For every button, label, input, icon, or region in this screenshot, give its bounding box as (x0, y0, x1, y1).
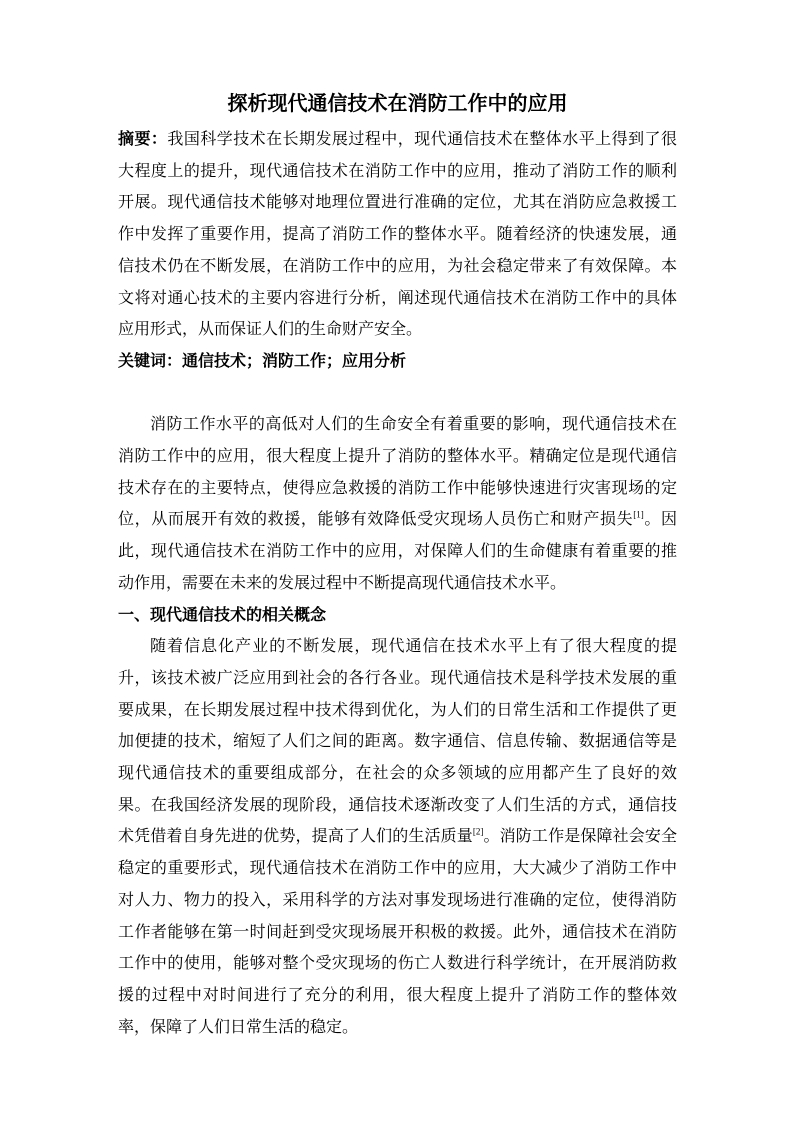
section-1-text-1: 随着信息化产业的不断发展，现代通信在技术水平上有了很大程度的提升，该技术被广泛应… (118, 638, 677, 845)
section-1-text-2: 。消防工作是保障社会安全稳定的重要形式，现代通信技术在消防工作中的应用，大大减少… (118, 828, 677, 1035)
abstract-text: 我国科学技术在长期发展过程中，现代通信技术在整体水平上得到了很大程度上的提升，现… (118, 131, 677, 338)
intro-paragraph: 消防工作水平的高低对人们的生命安全有着重要的影响，现代通信技术在消防工作中的应用… (118, 409, 677, 599)
abstract-paragraph: 摘要：我国科学技术在长期发展过程中，现代通信技术在整体水平上得到了很大程度上的提… (118, 124, 677, 346)
document-page: 探析现代通信技术在消防工作中的应用 摘要：我国科学技术在长期发展过程中，现代通信… (0, 0, 793, 1122)
citation-marker-2: [2] (473, 827, 484, 837)
keywords-label: 关键词： (118, 353, 182, 370)
keywords-text: 通信技术；消防工作；应用分析 (182, 353, 406, 370)
intro-paragraph-text-1: 消防工作水平的高低对人们的生命安全有着重要的影响，现代通信技术在消防工作中的应用… (118, 416, 677, 528)
section-1-paragraph: 随着信息化产业的不断发展，现代通信在技术水平上有了很大程度的提升，该技术被广泛应… (118, 631, 677, 1043)
blank-line (118, 378, 677, 410)
keywords-line: 关键词：通信技术；消防工作；应用分析 (118, 346, 677, 378)
document-title: 探析现代通信技术在消防工作中的应用 (118, 85, 677, 124)
abstract-label: 摘要： (118, 131, 167, 148)
section-1-heading: 一、现代通信技术的相关概念 (118, 600, 677, 632)
citation-marker-1: [1] (633, 510, 644, 520)
